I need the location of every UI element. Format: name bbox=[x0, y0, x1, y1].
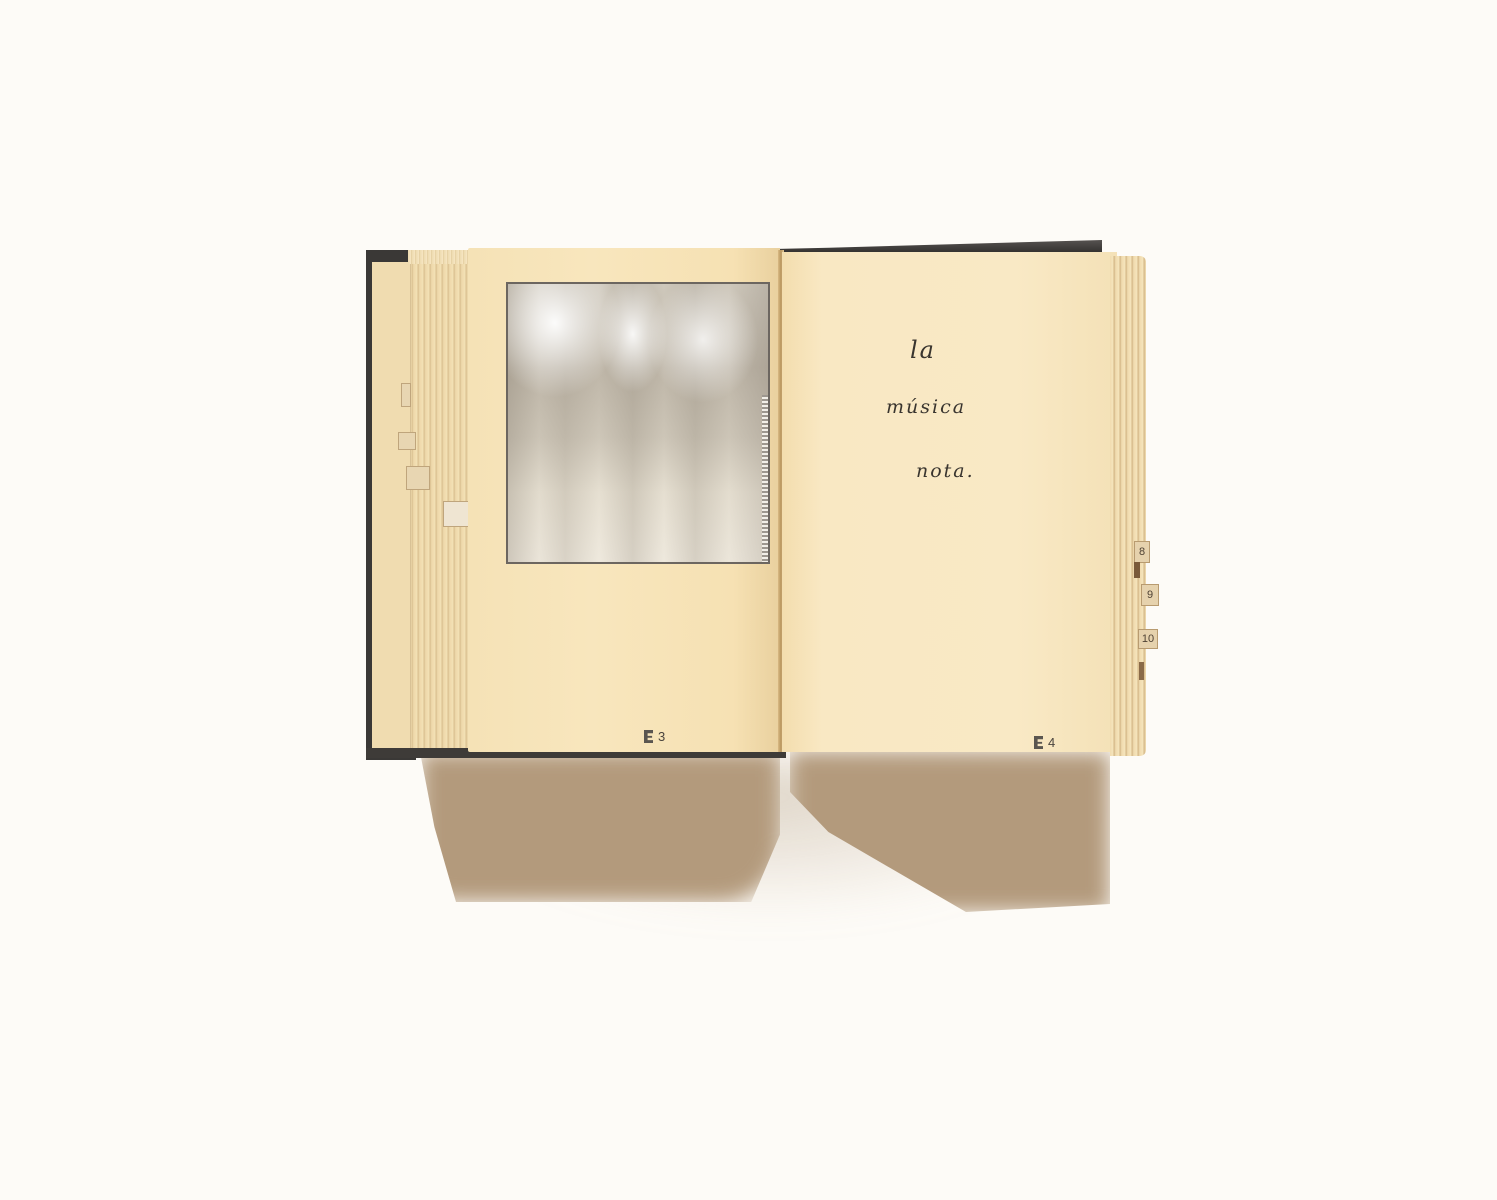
handwriting-line: música bbox=[886, 398, 966, 417]
page-number-right: 4 bbox=[1034, 735, 1055, 750]
right-index-tab-marker bbox=[1134, 562, 1140, 578]
photo-torn-edge bbox=[762, 395, 768, 562]
left-index-tab[interactable] bbox=[406, 466, 430, 490]
forest-image bbox=[508, 284, 768, 562]
left-index-tab[interactable] bbox=[401, 383, 411, 407]
right-page bbox=[782, 252, 1117, 752]
wall-shadow-left bbox=[420, 752, 780, 902]
page-number-left: 3 bbox=[644, 729, 665, 744]
stamp-icon bbox=[1034, 736, 1043, 749]
right-index-tab-9[interactable]: 9 bbox=[1141, 584, 1159, 606]
right-index-tab-blank[interactable] bbox=[1139, 662, 1144, 680]
page-number-right-text: 4 bbox=[1048, 735, 1055, 750]
left-index-tab[interactable] bbox=[443, 501, 471, 527]
handwriting-line: nota. bbox=[916, 462, 975, 481]
right-index-tab-10[interactable]: 10 bbox=[1138, 629, 1158, 649]
page-number-left-text: 3 bbox=[658, 729, 665, 744]
handwriting-line: la bbox=[910, 338, 936, 362]
book-photograph: 3 la música nota. 4 8 9 10 bbox=[0, 0, 1497, 1200]
left-endpaper bbox=[372, 262, 411, 748]
mounted-photograph bbox=[506, 282, 770, 564]
right-page-stack bbox=[1110, 256, 1146, 756]
stamp-icon bbox=[644, 730, 653, 743]
left-index-tab[interactable] bbox=[398, 432, 416, 450]
right-index-tab-8[interactable]: 8 bbox=[1134, 541, 1150, 563]
